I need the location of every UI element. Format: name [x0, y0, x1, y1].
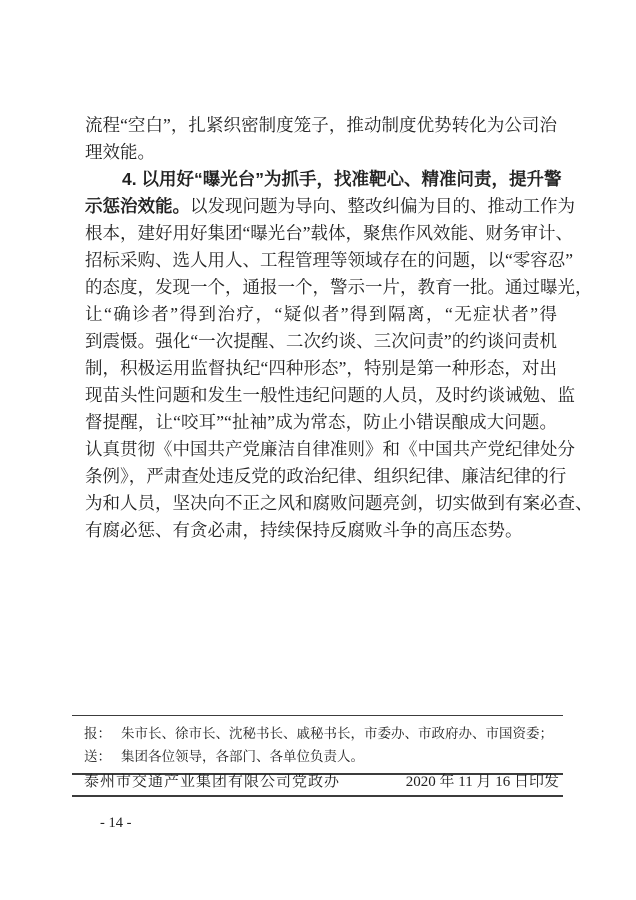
body-line: 示惩治效能。以发现问题为导向、整改纠偏为目的、推动工作为: [85, 193, 557, 220]
body-line: 为和人员，坚决向不正之风和腐败问题亮剑，切实做到有案必查、: [85, 490, 557, 517]
body-line: 的态度，发现一个，通报一个，警示一片，教育一批。通过曝光，: [85, 274, 557, 301]
body-text-segment: 有腐必惩、有贪必肃，持续保持反腐败斗争的高压态势。: [85, 520, 523, 540]
body-text-segment: 的态度，发现一个，通报一个，警示一片，教育一批。通过曝光，: [85, 277, 593, 297]
body-line: 条例》，严肃查处违反党的政治纪律、组织纪律、廉洁纪律的行: [85, 463, 557, 490]
report-recipients: 朱市长、徐市长、沈秘书长、戚秘书长，市委办、市政府办、市国资委；: [121, 726, 553, 741]
body-text-segment: 招标采购、选人用人、工程管理等领域存在的问题，以“零容忍”: [85, 250, 573, 270]
body-text-segment: 流程“空白”，扎紧织密制度笼子，推动制度优势转化为公司治: [85, 115, 557, 135]
body-text-segment: 到震慑。强化“一次提醒、二次约谈、三次问责”的约谈问责机: [85, 331, 557, 351]
body-text-segment: 让“确诊者”得到治疗，“疑似者”得到隔离，“无症状者”得: [85, 304, 557, 324]
body-text-segment: 以发现问题为导向、整改纠偏为目的、推动工作为: [190, 196, 575, 216]
document-body: 流程“空白”，扎紧织密制度笼子，推动制度优势转化为公司治理效能。4. 以用好“曝…: [85, 112, 557, 544]
body-line: 现苗头性问题和发生一般性违纪问题的人员，及时约谈诫勉、监: [85, 382, 557, 409]
body-text-segment: 条例》，严肃查处违反党的政治纪律、组织纪律、廉洁纪律的行: [85, 466, 566, 486]
body-line: 招标采购、选人用人、工程管理等领域存在的问题，以“零容忍”: [85, 247, 557, 274]
send-label: 送：: [84, 749, 111, 764]
body-line: 根本，建好用好集团“曝光台”载体，聚焦作风效能、财务审计、: [85, 220, 557, 247]
body-line: 有腐必惩、有贪必肃，持续保持反腐败斗争的高压态势。: [85, 517, 557, 544]
body-text-segment: 根本，建好用好集团“曝光台”载体，聚焦作风效能、财务审计、: [85, 223, 573, 243]
body-text-bold-segment: 4. 以用好“曝光台”为抓手，找准靶心、精准问责，提升警: [122, 169, 561, 189]
body-text-segment: 督提醒，让“咬耳”“扯袖”成为常态，防止小错误酿成大问题。: [85, 412, 557, 432]
body-line: 督提醒，让“咬耳”“扯袖”成为常态，防止小错误酿成大问题。: [85, 409, 557, 436]
issuer-row: 泰州市交通产业集团有限公司党政办 2020 年 11 月 16 日印发: [72, 766, 563, 797]
body-text-bold-segment: 示惩治效能。: [85, 196, 190, 216]
body-line: 到震慑。强化“一次提醒、二次约谈、三次问责”的约谈问责机: [85, 328, 557, 355]
issuing-office: 泰州市交通产业集团有限公司党政办: [84, 770, 340, 791]
send-recipients: 集团各位领导，各部门、各单位负责人。: [121, 749, 364, 764]
page-number: - 14 -: [100, 815, 131, 832]
body-text-segment: 现苗头性问题和发生一般性违纪问题的人员，及时约谈诫勉、监: [85, 385, 575, 405]
report-label: 报：: [84, 726, 111, 741]
print-date: 2020 年 11 月 16 日印发: [406, 770, 559, 791]
document-page: 流程“空白”，扎紧织密制度笼子，推动制度优势转化为公司治理效能。4. 以用好“曝…: [0, 0, 636, 900]
body-line: 流程“空白”，扎紧织密制度笼子，推动制度优势转化为公司治: [85, 112, 557, 139]
body-line: 4. 以用好“曝光台”为抓手，找准靶心、精准问责，提升警: [85, 166, 557, 193]
body-text-segment: 认真贯彻《中国共产党廉洁自律准则》和《中国共产党纪律处分: [85, 439, 575, 459]
body-text-segment: 制，积极运用监督执纪“四种形态”，特别是第一种形态，对出: [85, 358, 557, 378]
body-line: 认真贯彻《中国共产党廉洁自律准则》和《中国共产党纪律处分: [85, 436, 557, 463]
body-line: 理效能。: [85, 139, 557, 166]
body-line: 制，积极运用监督执纪“四种形态”，特别是第一种形态，对出: [85, 355, 557, 382]
body-line: 让“确诊者”得到治疗，“疑似者”得到隔离，“无症状者”得: [85, 301, 557, 328]
report-line: 报：朱市长、徐市长、沈秘书长、戚秘书长，市委办、市政府办、市国资委；: [84, 722, 563, 745]
send-line: 送：集团各位领导，各部门、各单位负责人。: [84, 745, 563, 768]
body-text-segment: 理效能。: [85, 142, 155, 162]
body-text-segment: 为和人员，坚决向不正之风和腐败问题亮剑，切实做到有案必查、: [85, 493, 593, 513]
